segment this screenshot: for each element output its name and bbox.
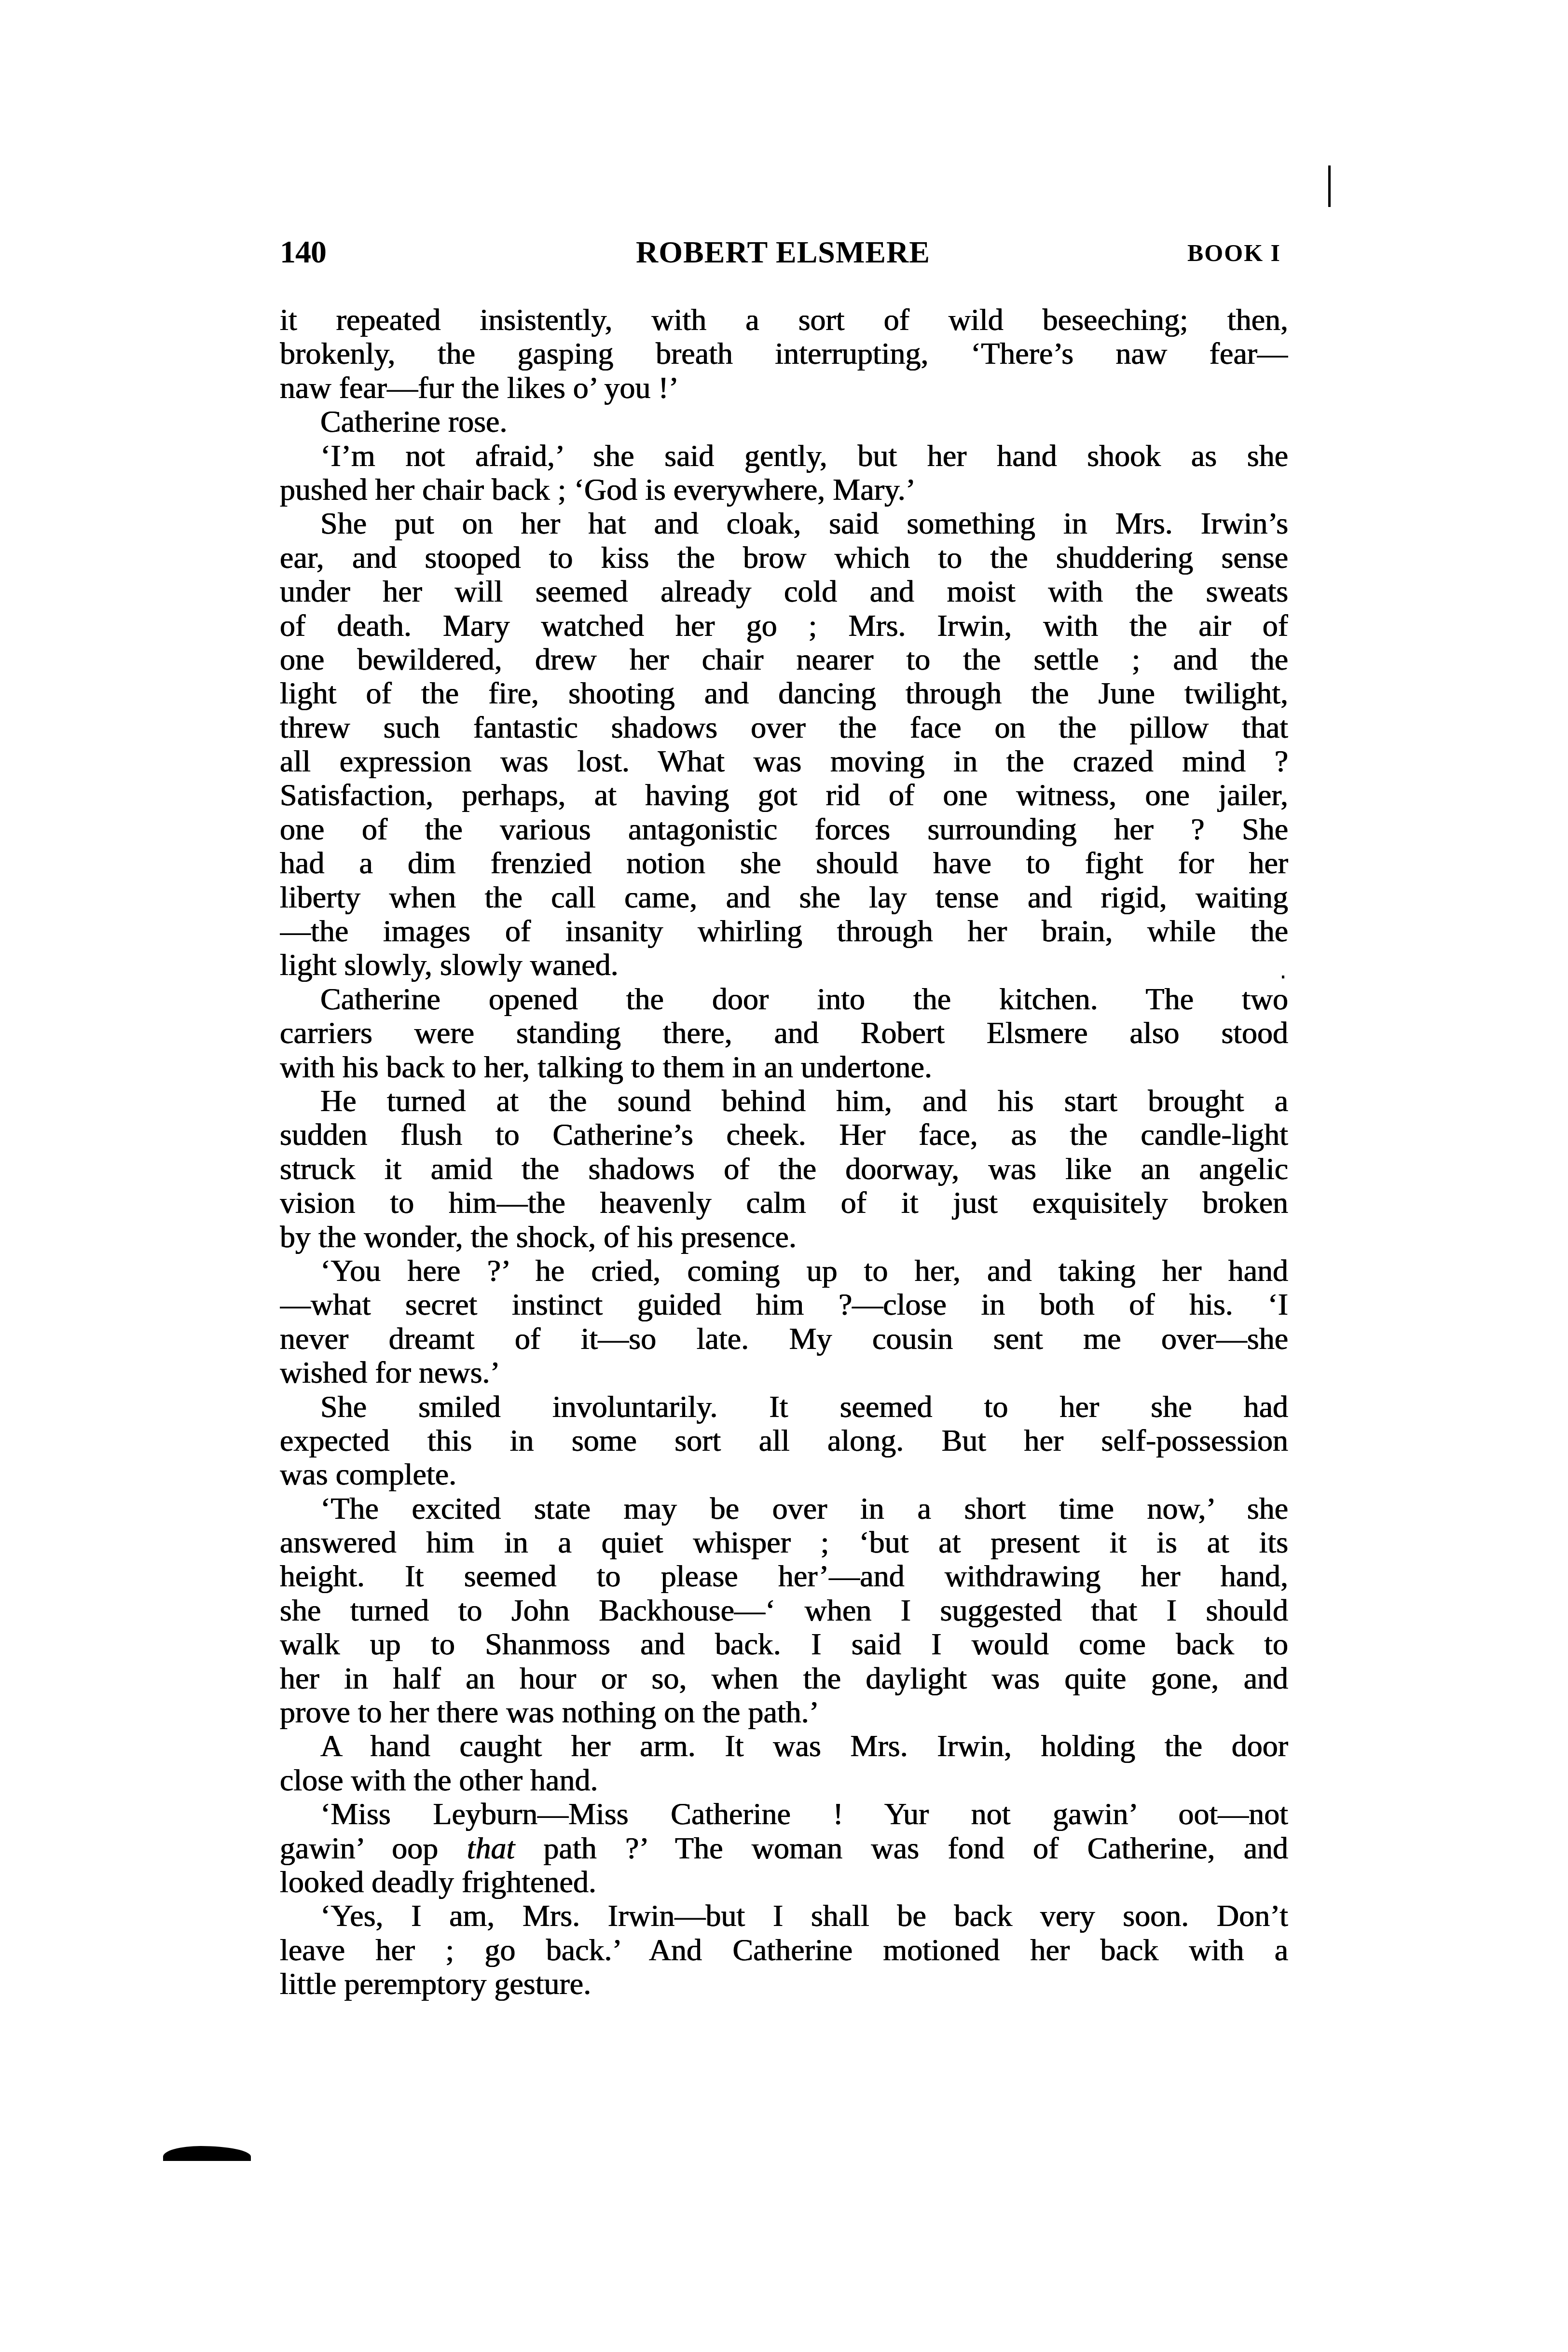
text-line: never dreamt of it—so late. My cousin se… xyxy=(280,1322,1288,1356)
scan-speck xyxy=(1282,976,1284,978)
text-line: prove to her there was nothing on the pa… xyxy=(280,1695,1288,1729)
text-line: carriers were standing there, and Robert… xyxy=(280,1016,1288,1050)
text-line: sudden flush to Catherine’s cheek. Her f… xyxy=(280,1118,1288,1152)
text-line: with his back to her, talking to them in… xyxy=(280,1050,1288,1084)
text-line: all expression was lost. What was moving… xyxy=(280,744,1288,778)
text-line: A hand caught her arm. It was Mrs. Irwin… xyxy=(280,1729,1288,1763)
text-line: He turned at the sound behind him, and h… xyxy=(280,1084,1288,1118)
text-line: threw such fantastic shadows over the fa… xyxy=(280,711,1288,744)
text-line: ‘Yes, I am, Mrs. Irwin—but I shall be ba… xyxy=(280,1899,1288,1933)
text-line: ear, and stooped to kiss the brow which … xyxy=(280,541,1288,575)
margin-rule-mark xyxy=(1328,165,1331,207)
text-line: naw fear—fur the likes o’ you !’ xyxy=(280,371,1288,405)
text-line: wished for news.’ xyxy=(280,1356,1288,1389)
text-line: walk up to Shanmoss and back. I said I w… xyxy=(280,1627,1288,1661)
text-line: one bewildered, drew her chair nearer to… xyxy=(280,643,1288,676)
text-line: brokenly, the gasping breath interruptin… xyxy=(280,337,1288,371)
text-line: liberty when the call came, and she lay … xyxy=(280,880,1288,914)
text-line: vision to him—the heavenly calm of it ju… xyxy=(280,1186,1288,1220)
text-line: close with the other hand. xyxy=(280,1763,1288,1797)
text-line: Catherine rose. xyxy=(280,405,1288,439)
text-line: Satisfaction, perhaps, at having got rid… xyxy=(280,778,1288,812)
text-line: light of the fire, shooting and dancing … xyxy=(280,676,1288,710)
text-line: gawin’ oop that path ?’ The woman was fo… xyxy=(280,1831,1288,1865)
text-line: ‘I’m not afraid,’ she said gently, but h… xyxy=(280,439,1288,473)
text-run: path ?’ The woman was fond of Catherine,… xyxy=(515,1831,1288,1865)
text-line: she turned to John Backhouse—‘ when I su… xyxy=(280,1594,1288,1627)
running-head: 140 ROBERT ELSMERE BOOK I xyxy=(280,235,1281,269)
text-line: leave her ; go back.’ And Catherine moti… xyxy=(280,1933,1288,1967)
text-line: was complete. xyxy=(280,1458,1288,1491)
text-line: of death. Mary watched her go ; Mrs. Irw… xyxy=(280,609,1288,643)
text-line: her in half an hour or so, when the dayl… xyxy=(280,1662,1288,1695)
text-line: ‘The excited state may be over in a shor… xyxy=(280,1492,1288,1526)
text-line: —what secret instinct guided him ?—close… xyxy=(280,1288,1288,1321)
text-run: gawin’ oop xyxy=(280,1831,467,1865)
text-line: pushed her chair back ; ‘God is everywhe… xyxy=(280,473,1288,507)
text-line: had a dim frenzied notion she should hav… xyxy=(280,846,1288,880)
text-line: light slowly, slowly waned. xyxy=(280,948,1288,982)
text-line: answered him in a quiet whisper ; ‘but a… xyxy=(280,1526,1288,1559)
body-text: it repeated insistently, with a sort of … xyxy=(280,303,1288,2001)
text-line: —the images of insanity whirling through… xyxy=(280,914,1288,948)
ink-blot-mark xyxy=(163,2146,251,2161)
text-line: under her will seemed already cold and m… xyxy=(280,575,1288,608)
text-line: one of the various antagonistic forces s… xyxy=(280,812,1288,846)
book-title: ROBERT ELSMERE xyxy=(636,235,930,269)
text-line: struck it amid the shadows of the doorwa… xyxy=(280,1152,1288,1186)
text-line: She put on her hat and cloak, said somet… xyxy=(280,507,1288,540)
book-page: 140 ROBERT ELSMERE BOOK I it repeated in… xyxy=(0,0,1568,2352)
emphasis-text: that xyxy=(467,1831,515,1865)
text-line: Catherine opened the door into the kitch… xyxy=(280,982,1288,1016)
text-line: height. It seemed to please her’—and wit… xyxy=(280,1559,1288,1593)
text-line: She smiled involuntarily. It seemed to h… xyxy=(280,1390,1288,1424)
text-line: little peremptory gesture. xyxy=(280,1967,1288,2001)
text-line: ‘Miss Leyburn—Miss Catherine ! Yur not g… xyxy=(280,1797,1288,1831)
text-line: expected this in some sort all along. Bu… xyxy=(280,1424,1288,1458)
text-line: by the wonder, the shock, of his presenc… xyxy=(280,1220,1288,1254)
text-line: it repeated insistently, with a sort of … xyxy=(280,303,1288,337)
page-number: 140 xyxy=(280,235,326,269)
text-line: ‘You here ?’ he cried, coming up to her,… xyxy=(280,1254,1288,1288)
text-line: looked deadly frightened. xyxy=(280,1865,1288,1899)
book-section-label: BOOK I xyxy=(1187,238,1281,267)
